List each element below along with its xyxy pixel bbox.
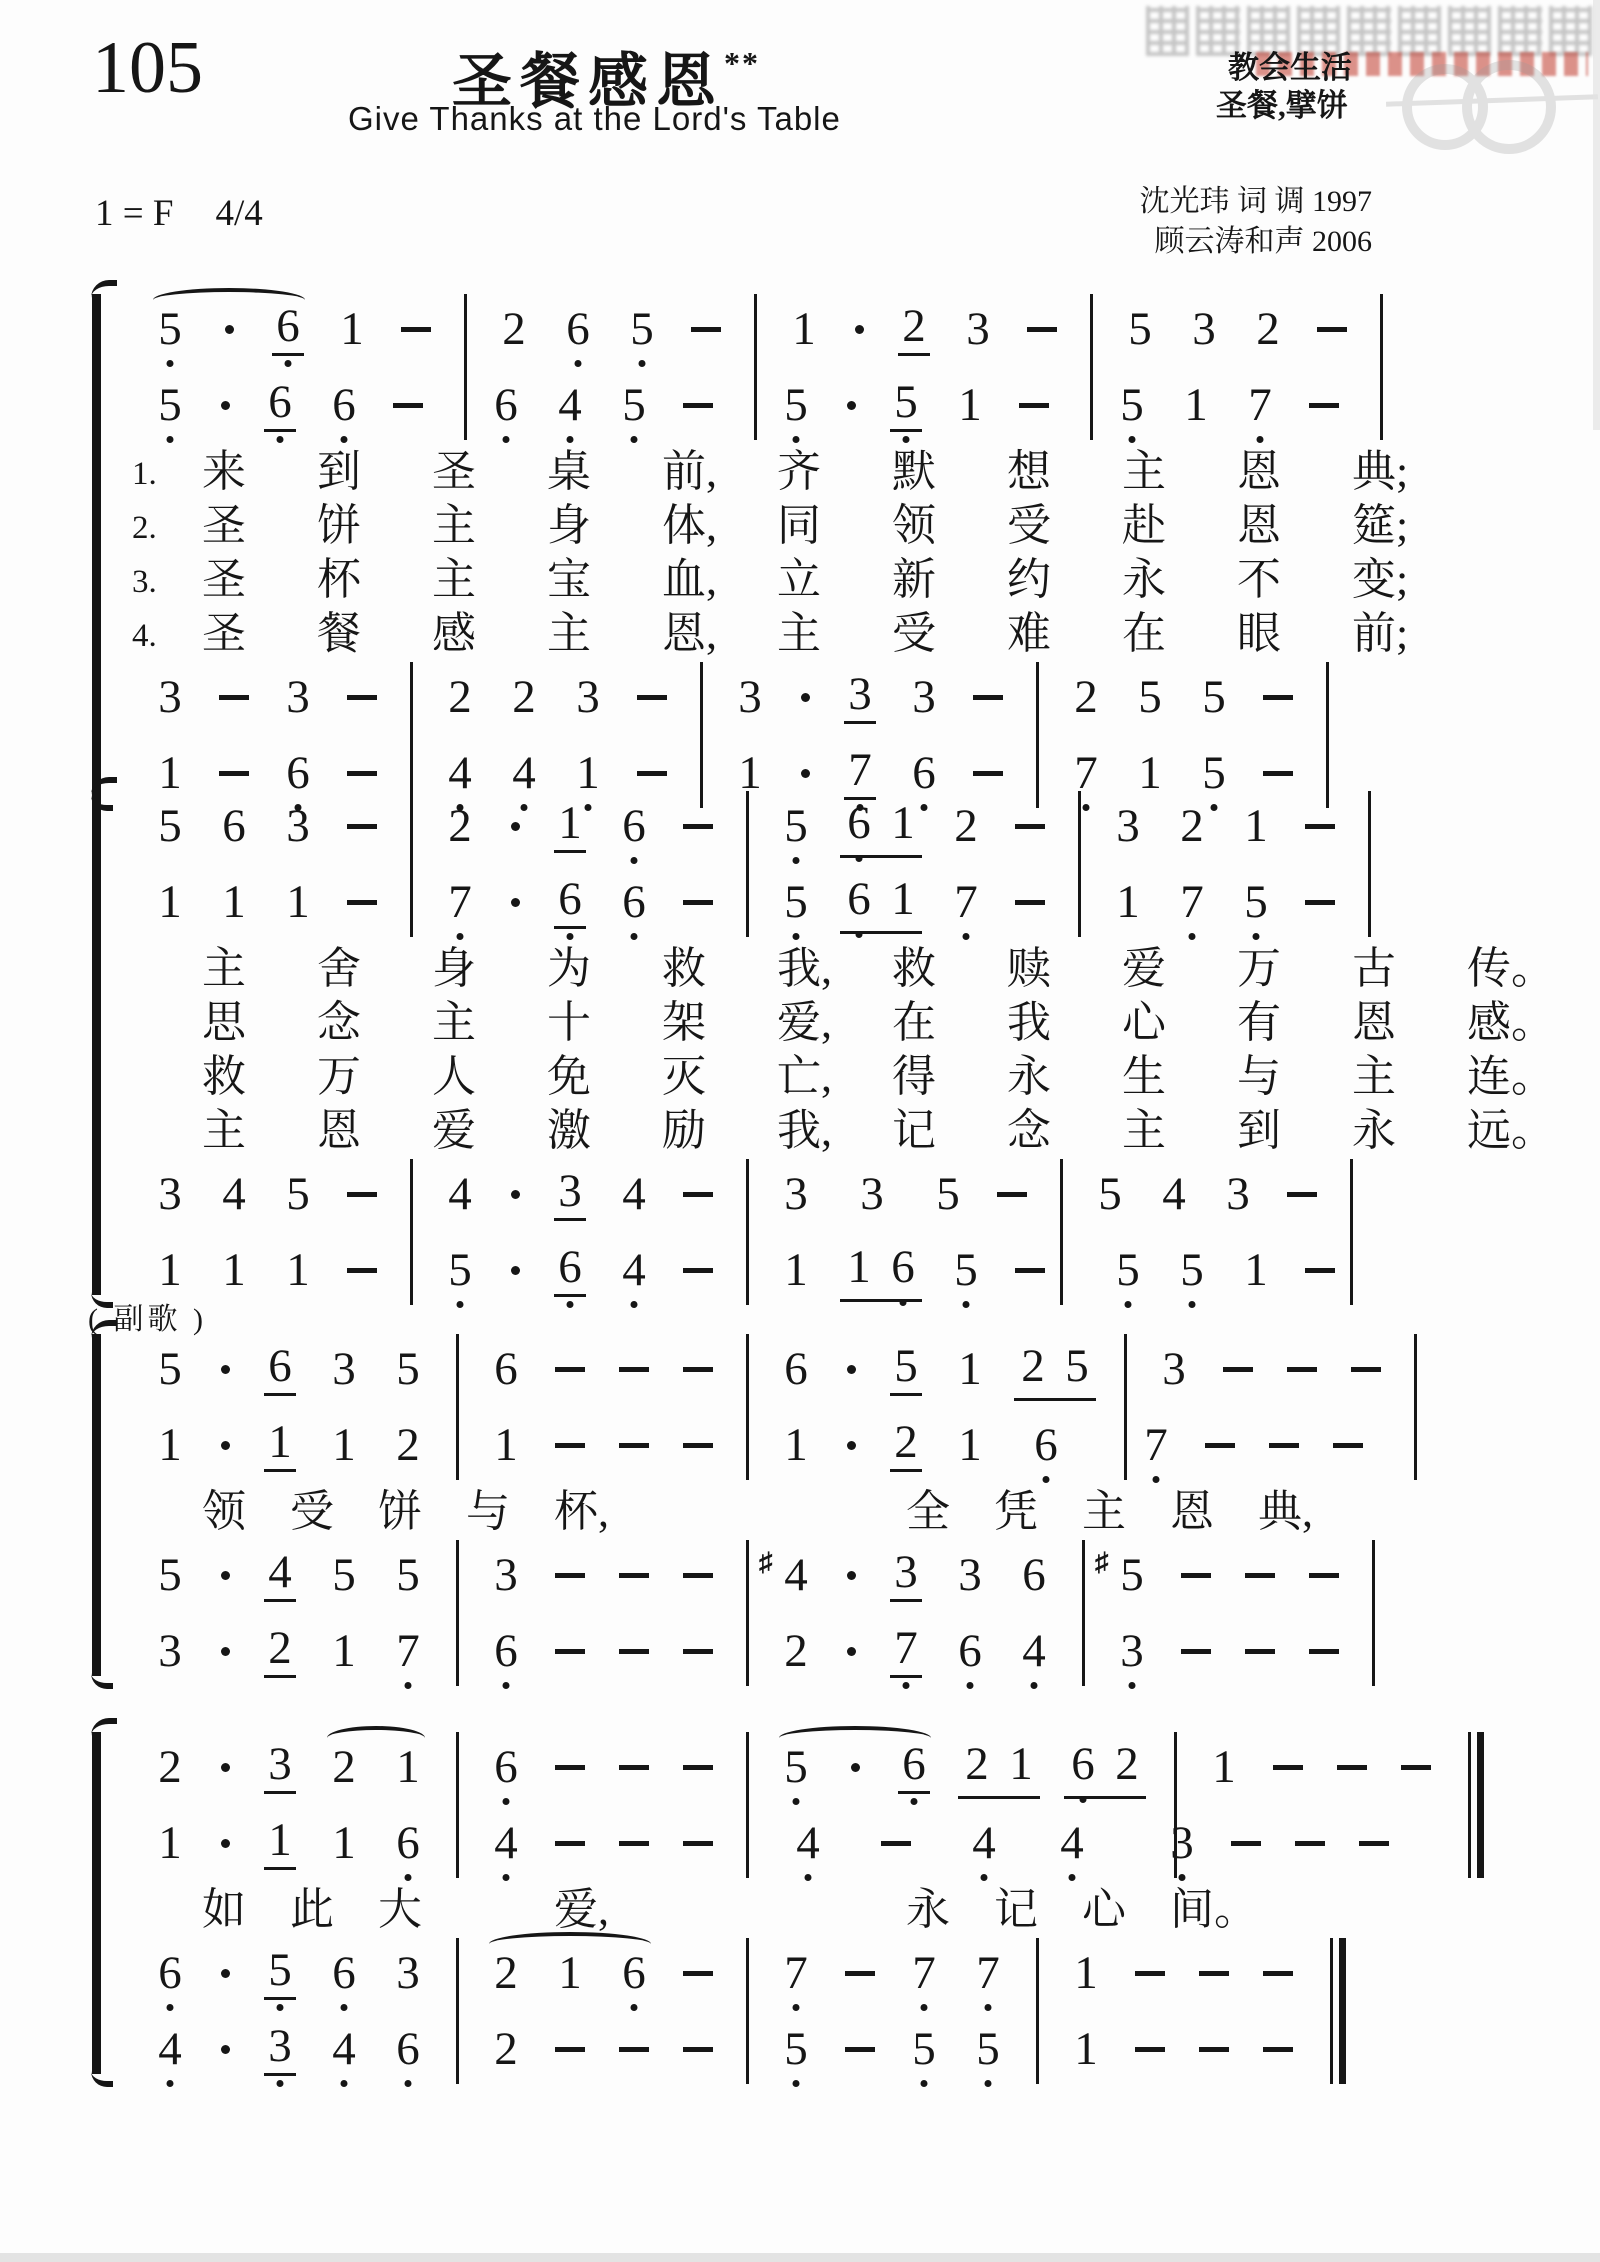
system-bracket	[92, 1732, 101, 2074]
note-number: 1	[1138, 750, 1162, 797]
verse-number	[132, 1107, 202, 1115]
note: 1	[150, 1416, 190, 1474]
verse-number	[132, 1886, 202, 1894]
note-number: 5	[396, 1552, 420, 1599]
note: 6	[550, 1241, 590, 1299]
note-number: 3	[966, 306, 990, 353]
barline	[1170, 1738, 1180, 1796]
note: 3	[1154, 1340, 1194, 1398]
duration-dash	[1290, 1814, 1330, 1872]
barline	[742, 873, 752, 931]
lyrics-block: 如此大爱,永记心间。	[132, 1886, 1486, 1936]
note: 3	[958, 300, 998, 358]
lyric-syllable: 心	[1122, 999, 1237, 1047]
note-number: 5	[890, 1343, 922, 1396]
note-number: 2	[890, 1419, 922, 1472]
jianpu-line: 56356651253	[150, 1340, 1420, 1398]
duration-dash	[678, 1340, 718, 1398]
note: 6	[150, 1944, 190, 2002]
barline	[742, 2020, 752, 2078]
note-number: 1	[340, 306, 364, 353]
lyric-syllable: 救	[662, 945, 777, 993]
lyric-syllable: 变;	[1352, 556, 1467, 604]
lyric-syllable: 感	[432, 610, 547, 658]
lyric-line: 如此大爱,永记心间。	[132, 1886, 1486, 1936]
lyric-syllable: 灭	[662, 1053, 777, 1101]
augmentation-dot	[840, 1416, 862, 1474]
lyric-syllable: 到	[317, 448, 432, 496]
barline	[452, 1340, 462, 1398]
note: 1	[1108, 873, 1148, 931]
low-octave-dot	[903, 436, 910, 443]
note-number: 4	[796, 1820, 820, 1867]
duration-dash	[550, 1622, 590, 1680]
note: 3	[1108, 797, 1148, 855]
note-number: 5	[784, 803, 808, 850]
duration-dash	[678, 376, 718, 434]
note: 5	[388, 1340, 428, 1398]
augmentation-dot	[794, 668, 816, 726]
duration-dash	[1194, 1944, 1234, 2002]
note: 5	[260, 1944, 300, 2002]
barline	[452, 1814, 462, 1872]
lyric-syllable: 恩	[1237, 448, 1352, 496]
note: 7	[776, 1944, 816, 2002]
duration-dash	[1396, 1738, 1436, 1796]
duration-dash	[550, 2020, 590, 2078]
note-number: 1	[847, 1244, 871, 1291]
note-number: 3	[784, 1171, 808, 1218]
low-octave-dot	[981, 1874, 988, 1881]
note: 7	[440, 873, 480, 931]
duration-dash	[342, 873, 382, 931]
note: 5	[1236, 873, 1276, 931]
jianpu-line: 1117665617175	[150, 873, 1582, 931]
verse-number: 2.	[132, 502, 202, 547]
note: 5	[1120, 300, 1160, 358]
note: 5	[886, 1340, 926, 1398]
note: 5	[776, 376, 816, 434]
note-number: 6	[1034, 1422, 1058, 1469]
duration-dash	[550, 1546, 590, 1604]
duration-dash	[678, 797, 718, 855]
duration-dash	[1304, 1546, 1344, 1604]
lyric-syllable: 不	[1237, 556, 1352, 604]
note-number: 6	[1022, 1552, 1046, 1599]
lyric-syllable: 记	[994, 1886, 1082, 1934]
chorus-system-2: 232165621621111644443如此大爱,永记心间。656321677…	[150, 1738, 1486, 2078]
note-number: 2	[784, 1628, 808, 1675]
low-octave-dot	[567, 933, 574, 940]
note-number: 6	[784, 1346, 808, 1393]
note-number: 1	[158, 1820, 182, 1867]
note: 2	[494, 300, 534, 358]
jianpu-line: 111644443	[150, 1814, 1486, 1872]
barline	[406, 873, 416, 931]
note-number: 6	[494, 382, 518, 429]
note: 7	[388, 1622, 428, 1680]
low-octave-dot	[903, 1682, 910, 1689]
note: 6	[1068, 1736, 1098, 1794]
barline	[1074, 1241, 1084, 1299]
lyric-syllable: 十	[547, 999, 662, 1047]
low-octave-dot	[793, 1798, 800, 1805]
low-octave-dot	[911, 1798, 918, 1805]
note-number: 3	[912, 674, 936, 721]
lyric-syllable: 主	[432, 999, 547, 1047]
duration-dash	[678, 1241, 718, 1299]
low-octave-dot	[1189, 1301, 1196, 1308]
note: 1	[1130, 744, 1170, 802]
note-number: 2	[965, 1741, 989, 1788]
note-number: 6	[566, 306, 590, 353]
note-number: 4	[972, 1820, 996, 1867]
duration-dash	[614, 1416, 654, 1474]
duration-dash	[342, 744, 382, 802]
duration-dash	[1226, 1814, 1266, 1872]
lyric-syllable: 永	[1352, 1107, 1467, 1155]
lyric-syllable: 得	[892, 1053, 1007, 1101]
note: 1	[888, 871, 918, 929]
augmentation-dot	[214, 300, 244, 358]
lyric-syllable: 永	[1122, 556, 1237, 604]
duration-dash	[1258, 668, 1298, 726]
note-number: 5	[448, 1247, 472, 1294]
duration-dash	[864, 1814, 928, 1872]
lyric-syllable: 恩	[1237, 502, 1352, 550]
note-number: 3	[1120, 1628, 1144, 1675]
note-number: 5	[1244, 879, 1268, 926]
duration-dash	[1268, 1738, 1308, 1796]
duration-dash	[1258, 2020, 1298, 2078]
duration-dash	[1264, 1416, 1304, 1474]
note: 1	[332, 300, 372, 358]
verse-number	[132, 1488, 202, 1496]
duration-dash	[1200, 1416, 1240, 1474]
note-number: 5	[158, 1552, 182, 1599]
beamed-note-group: 62	[1064, 1736, 1146, 1799]
note-number: 5	[890, 379, 922, 432]
barline	[696, 744, 706, 802]
note: 6	[950, 1622, 990, 1680]
note-number: 6	[286, 750, 310, 797]
note: 7	[904, 1944, 944, 2002]
note: 3	[1112, 1622, 1152, 1680]
lyric-syllable: 赴	[1122, 502, 1237, 550]
note: 5	[150, 376, 190, 434]
note-number: 4	[558, 382, 582, 429]
low-octave-dot	[963, 1301, 970, 1308]
note: 5	[440, 1241, 480, 1299]
voice-pair: 3454343355431115641165551	[150, 1165, 1582, 1299]
note: 6	[888, 1239, 918, 1297]
note-number: 5	[1202, 750, 1226, 797]
lyric-syllable: 感。	[1467, 999, 1582, 1047]
low-octave-dot	[1031, 1682, 1038, 1689]
note-number: 1	[958, 1346, 982, 1393]
lyric-syllable: 受	[290, 1488, 378, 1536]
lyric-syllable: 人	[432, 1053, 547, 1101]
note-number: 6	[958, 1628, 982, 1675]
note-number: 1	[1074, 1950, 1098, 1997]
slur-note-group: 56	[776, 1738, 934, 1796]
note-number: 1	[158, 1422, 182, 1469]
low-octave-dot	[631, 436, 638, 443]
note: 3	[1184, 300, 1224, 358]
note: 6	[558, 300, 598, 358]
barline	[1056, 1165, 1066, 1223]
lyric-syllable: 想	[1007, 448, 1122, 496]
duration-dash	[1304, 1622, 1344, 1680]
low-octave-dot	[503, 1874, 510, 1881]
lyric-syllable: 身	[547, 502, 662, 550]
note-number: 4	[1162, 1171, 1186, 1218]
lyric-syllable: 圣	[202, 610, 317, 658]
note: 1	[150, 1241, 190, 1299]
note: 6	[776, 1340, 816, 1398]
jianpu-line: 434625551	[150, 2020, 1486, 2078]
lyric-syllable: 舍	[317, 945, 432, 993]
lyric-syllable: 典;	[1352, 448, 1467, 496]
note-number: 3	[158, 1628, 182, 1675]
barline	[452, 1622, 462, 1680]
note: 1	[260, 1814, 300, 1872]
barline	[1086, 300, 1096, 358]
note: 5	[904, 2020, 944, 2078]
low-octave-dot	[1125, 1301, 1132, 1308]
lyric-syllable: 主	[1352, 1053, 1467, 1101]
duration-dash	[550, 1416, 590, 1474]
note-number: 3	[1116, 803, 1140, 850]
lyric-syllable: 主	[432, 556, 547, 604]
barline	[1322, 668, 1332, 726]
note: 1	[950, 1340, 990, 1398]
low-octave-dot	[567, 1301, 574, 1308]
sharp-accidental: ♯	[1095, 1547, 1109, 1578]
note: 4	[1040, 1814, 1104, 1872]
low-octave-dot	[277, 436, 284, 443]
duration-dash	[1304, 376, 1344, 434]
duration-dash	[342, 668, 382, 726]
jianpu-line: 16441176715	[150, 744, 1467, 802]
barline	[742, 1546, 752, 1604]
augmentation-dot	[214, 1340, 236, 1398]
lyrics-block: 领受饼与杯,全凭主恩典,	[132, 1488, 1420, 1538]
duration-dash	[1282, 1165, 1322, 1223]
note-number: 1	[158, 750, 182, 797]
barline	[452, 1416, 462, 1474]
low-octave-dot	[1179, 1874, 1186, 1881]
note-number: 2	[1180, 803, 1204, 850]
slur-note-group: 56	[150, 300, 308, 358]
low-octave-dot	[1129, 436, 1136, 443]
lyric-syllable: 主	[202, 945, 317, 993]
barline	[1368, 376, 1378, 434]
lyric-syllable: 免	[547, 1053, 662, 1101]
note-number: 7	[1180, 879, 1204, 926]
low-octave-dot	[405, 1874, 412, 1881]
lyric-syllable: 念	[1007, 1107, 1122, 1155]
lyric-syllable: 难	[1007, 610, 1122, 658]
jianpu-line: 54553♯4336♯5	[150, 1546, 1420, 1604]
time-signature: 4/4	[215, 193, 262, 234]
note-number: 4	[1022, 1628, 1046, 1675]
note-number: 5	[784, 382, 808, 429]
low-octave-dot	[900, 1299, 907, 1306]
low-octave-dot	[921, 2004, 928, 2011]
barline	[1078, 376, 1088, 434]
key-time-signature: 1 = F4/4	[95, 192, 263, 235]
lyric-syllable: 饼	[317, 502, 432, 550]
low-octave-dot	[1189, 933, 1196, 940]
voice-pair: 3322333325516441176715	[150, 668, 1467, 802]
note-number: 1	[222, 879, 246, 926]
lyric-syllable: 记	[892, 1107, 1007, 1155]
note: 1	[486, 1416, 526, 1474]
note-number: 7	[1248, 382, 1272, 429]
note: 6	[1014, 1416, 1078, 1474]
low-octave-dot	[963, 933, 970, 940]
low-octave-dot	[856, 931, 863, 938]
barline	[406, 797, 416, 855]
augmentation-dot	[840, 1738, 870, 1796]
note-number: 4	[448, 1171, 472, 1218]
low-octave-dot	[793, 2004, 800, 2011]
lyric-syllable: 身	[432, 945, 547, 993]
duration-dash	[632, 668, 672, 726]
note-number: 1	[1116, 879, 1140, 926]
lyric-syllable: 受	[1007, 502, 1122, 550]
note-number: 2	[448, 803, 472, 850]
lyric-syllable: 到	[1237, 1107, 1352, 1155]
note: 4	[260, 1546, 300, 1604]
augmentation-dot	[504, 1165, 526, 1223]
barline	[742, 1814, 752, 1872]
note: 1	[150, 873, 190, 931]
note: 3	[278, 668, 318, 726]
augmentation-dot	[214, 1416, 236, 1474]
lyric-syllable: 圣	[202, 502, 317, 550]
low-octave-dot	[631, 1301, 638, 1308]
note-number: 3	[158, 1171, 182, 1218]
note: 2	[962, 1736, 992, 1794]
duration-dash	[214, 744, 254, 802]
duration-dash	[1282, 1340, 1322, 1398]
lyric-syllable: 餐	[317, 610, 432, 658]
note: 2	[946, 797, 986, 855]
augmentation-dot	[840, 1546, 862, 1604]
lyric-syllable: 立	[777, 556, 892, 604]
note-number: 6	[912, 750, 936, 797]
key-signature: 1 = F	[95, 193, 173, 234]
note: 1	[150, 744, 190, 802]
final-barline	[1418, 1814, 1444, 1872]
lyric-syllable: 领	[202, 1488, 290, 1536]
note: 3	[568, 668, 608, 726]
note-number: 5	[158, 382, 182, 429]
lyric-syllable: 如	[202, 1886, 290, 1934]
low-octave-dot	[1080, 1796, 1087, 1803]
lyrics-block: 主舍身为救我,救赎爱万古传。思念主十架爱,在我心有恩感。救万人免灭亡,得永生与主…	[132, 945, 1582, 1157]
low-octave-dot	[631, 2004, 638, 2011]
note: 2	[1018, 1338, 1048, 1396]
lyric-syllable: 主	[432, 502, 547, 550]
note-number: 1	[784, 1422, 808, 1469]
verse-number	[132, 945, 202, 953]
note: 6	[614, 797, 654, 855]
verse-number	[132, 1053, 202, 1061]
note-number: 4	[622, 1171, 646, 1218]
note-number: 5	[158, 306, 182, 353]
note: 4	[1154, 1165, 1194, 1223]
duration-dash	[614, 2020, 654, 2078]
note-number: 1	[332, 1628, 356, 1675]
note: 6	[486, 376, 526, 434]
note-number: 7	[976, 1950, 1000, 1997]
lyric-syllable: 新	[892, 556, 1007, 604]
duration-dash	[1194, 2020, 1234, 2078]
system-bracket	[92, 791, 101, 1295]
lyric-syllable: 圣	[202, 556, 317, 604]
barline	[1078, 1622, 1088, 1680]
augmentation-dot	[794, 744, 816, 802]
lyric-syllable: 筵;	[1352, 502, 1467, 550]
lyric-line: 主舍身为救我,救赎爱万古传。	[132, 945, 1582, 995]
note-number: 7	[784, 1950, 808, 1997]
watermark-gray-text	[1146, 6, 1592, 56]
augmentation-dot	[840, 1340, 862, 1398]
jianpu-line: 3217627643	[150, 1622, 1420, 1680]
lyric-syllable: 赎	[1007, 945, 1122, 993]
barline	[1102, 1416, 1112, 1474]
lyric-syllable: 救	[892, 945, 1007, 993]
note-number: 1	[738, 750, 762, 797]
note: 1	[324, 1622, 364, 1680]
barline	[1032, 744, 1042, 802]
note-number: 3	[738, 674, 762, 721]
note: 2	[886, 1416, 926, 1474]
note: 6	[550, 873, 590, 931]
note-number: 2	[512, 674, 536, 721]
note: 6	[388, 1814, 428, 1872]
lyric-syllable: 在	[892, 999, 1007, 1047]
note: 2	[486, 1944, 526, 2002]
duration-dash	[840, 2020, 880, 2078]
note-number: 6	[622, 879, 646, 926]
note-number: 2	[494, 1950, 518, 1997]
note: 5	[278, 1165, 318, 1223]
note: 6	[278, 744, 318, 802]
note: 5	[1090, 1165, 1130, 1223]
voice-pair: 54553♯4336♯53217627643	[150, 1546, 1420, 1680]
voice-pair: 56321656123211117665617175	[150, 797, 1582, 931]
note-number: 6	[396, 1820, 420, 1867]
duration-dash	[678, 2020, 718, 2078]
duration-dash	[614, 1814, 654, 1872]
note: 5	[1172, 1241, 1212, 1299]
lyric-syllable: 古	[1352, 945, 1467, 993]
note-number: 1	[1244, 1247, 1268, 1294]
duration-dash	[1218, 1340, 1258, 1398]
duration-dash	[678, 1546, 718, 1604]
note-number: 5	[630, 306, 654, 353]
low-octave-dot	[277, 2004, 284, 2011]
note-number: 2	[158, 1744, 182, 1791]
note-number: 1	[222, 1247, 246, 1294]
note-number: 1	[494, 1422, 518, 1469]
beamed-note-group: 21	[958, 1736, 1040, 1799]
note-number: 5	[158, 803, 182, 850]
